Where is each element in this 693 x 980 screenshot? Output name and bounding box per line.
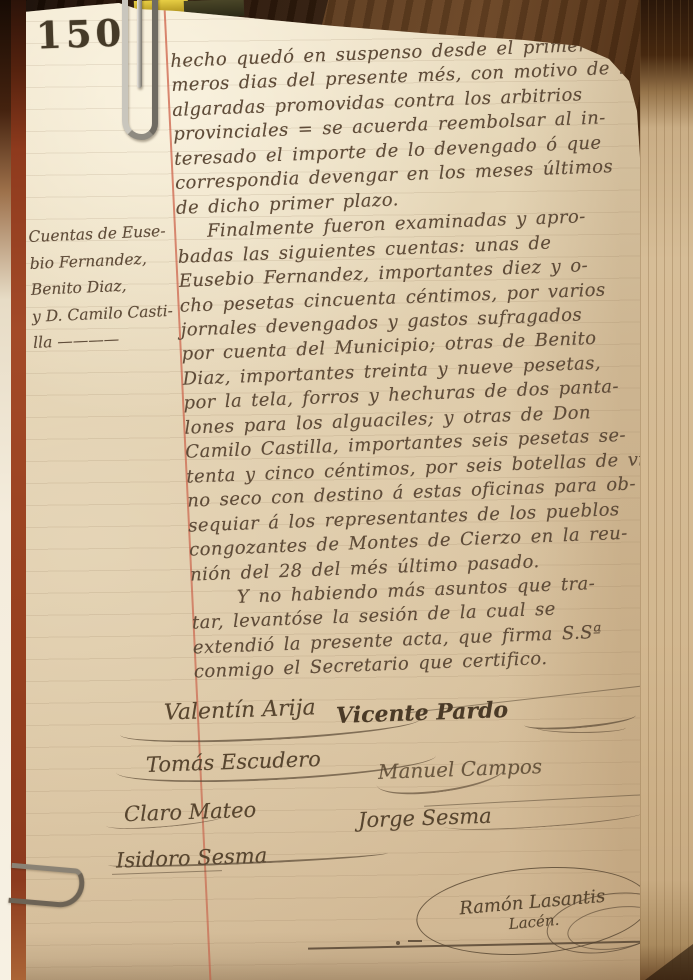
book-edge-red-left: [11, 0, 26, 980]
folio-number-stamp: 150: [35, 10, 126, 57]
paperclip-bottom: [8, 863, 85, 909]
page-sheet: 150 Cuentas de Euse- bio Fernandez, Beni…: [24, 0, 640, 980]
margin-note-line: lla ————: [33, 323, 186, 356]
margin-note: Cuentas de Euse- bio Fernandez, Benito D…: [28, 217, 186, 356]
book-page-edges-right: [640, 0, 693, 980]
main-text: hecho quedó en suspenso desde el primero…: [170, 31, 688, 685]
secretary-rubric-mark: [408, 940, 422, 942]
paperclip-top: [122, 0, 158, 140]
ledger-page-photo: 150 Cuentas de Euse- bio Fernandez, Beni…: [0, 0, 693, 980]
secretary-rubric-mark: [396, 941, 400, 945]
signature-flourish: [536, 722, 626, 733]
